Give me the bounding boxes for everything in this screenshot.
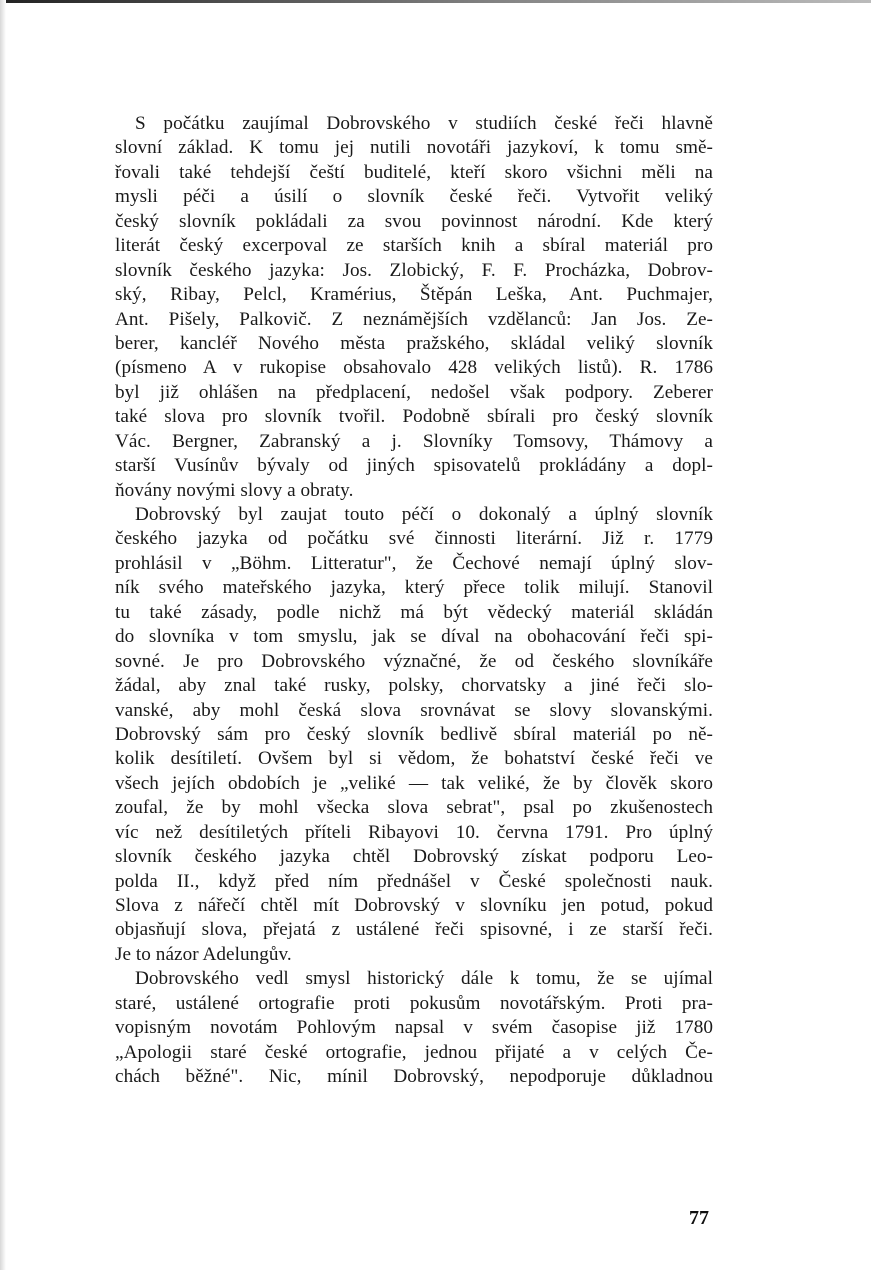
line-text: (písmeno A v rukopise obsahovalo 428 vel… bbox=[115, 357, 713, 378]
text-line: sovné. Je pro Dobrovského význačné, že o… bbox=[115, 650, 713, 674]
text-line: českého jazyka od počátku své činnosti l… bbox=[115, 527, 713, 551]
line-text: objasňují slova, přejatá z ustálené řeči… bbox=[115, 919, 713, 940]
text-line: Ant. Pišely, Palkovič. Z neznámějších vz… bbox=[115, 308, 713, 332]
paragraph-first-line: Dobrovského vedl smysl historický dále k… bbox=[115, 967, 713, 991]
line-text: prohlásil v „Böhm. Litteratur", že Čecho… bbox=[115, 553, 713, 574]
text-line: zoufal, že by mohl všecka slova sebrat",… bbox=[115, 796, 713, 820]
body-text: S počátku zaujímal Dobrovského v studiíc… bbox=[115, 112, 713, 1090]
text-line: slovník českého jazyka chtěl Dobrovský z… bbox=[115, 845, 713, 869]
line-text: Ant. Pišely, Palkovič. Z neznámějších vz… bbox=[115, 309, 713, 330]
line-text: tu také zásady, podle nichž má být vědec… bbox=[115, 602, 713, 623]
line-text: také slova pro slovník tvořil. Podobně s… bbox=[115, 406, 713, 427]
line-text: slovník českého jazyka chtěl Dobrovský z… bbox=[115, 846, 713, 867]
text-line: prohlásil v „Böhm. Litteratur", že Čecho… bbox=[115, 552, 713, 576]
text-line: staré, ustálené ortografie proti pokusům… bbox=[115, 992, 713, 1016]
text-line: do slovníka v tom smyslu, jak se díval n… bbox=[115, 625, 713, 649]
line-text: Dobrovský byl zaujat touto péčí o dokona… bbox=[135, 504, 713, 525]
text-line: byl již ohlášen na předplacení, nedošel … bbox=[115, 381, 713, 405]
text-line: řovali také tehdejší čeští buditelé, kte… bbox=[115, 161, 713, 185]
line-text: řovali také tehdejší čeští buditelé, kte… bbox=[115, 162, 713, 183]
line-text: všech jejích obdobích je „veliké — tak v… bbox=[115, 773, 713, 794]
text-line: vanské, aby mohl česká slova srovnávat s… bbox=[115, 699, 713, 723]
line-text: Je to názor Adelungův. bbox=[115, 944, 292, 965]
text-line: slovní základ. K tomu jej nutili novotář… bbox=[115, 136, 713, 160]
text-line: objasňují slova, přejatá z ustálené řeči… bbox=[115, 918, 713, 942]
line-text: českého jazyka od počátku své činnosti l… bbox=[115, 528, 713, 549]
text-line: ník svého mateřského jazyka, který přece… bbox=[115, 576, 713, 600]
line-text: ský, Ribay, Pelcl, Kramérius, Štěpán Leš… bbox=[115, 284, 713, 305]
text-line: Je to názor Adelungův. bbox=[115, 943, 713, 967]
line-text: Slova z nářečí chtěl mít Dobrovský v slo… bbox=[115, 895, 713, 916]
line-text: S počátku zaujímal Dobrovského v studiíc… bbox=[135, 113, 713, 134]
line-text: „Apologii staré české ortografie, jednou… bbox=[115, 1042, 713, 1063]
line-text: český slovník pokládali za svou povinnos… bbox=[115, 211, 713, 232]
text-line: víc než desítiletých příteli Ribayovi 10… bbox=[115, 821, 713, 845]
text-line: český slovník pokládali za svou povinnos… bbox=[115, 210, 713, 234]
text-line: mysli péči a úsilí o slovník české řeči.… bbox=[115, 185, 713, 209]
line-text: Dobrovského vedl smysl historický dále k… bbox=[135, 968, 713, 989]
text-line: kolik desítiletí. Ovšem byl si vědom, že… bbox=[115, 747, 713, 771]
line-text: berer, kancléř Nového města pražského, s… bbox=[115, 333, 713, 354]
line-text: slovník českého jazyka: Jos. Zlobický, F… bbox=[115, 260, 713, 281]
paragraph-first-line: Dobrovský byl zaujat touto péčí o dokona… bbox=[115, 503, 713, 527]
line-text: vopisným novotám Pohlovým napsal v svém … bbox=[115, 1017, 713, 1038]
line-text: ňovány novými slovy a obraty. bbox=[115, 480, 353, 501]
line-text: chách běžné". Nic, mínil Dobrovský, nepo… bbox=[115, 1066, 713, 1087]
text-line: všech jejích obdobích je „veliké — tak v… bbox=[115, 772, 713, 796]
line-text: sovné. Je pro Dobrovského význačné, že o… bbox=[115, 651, 713, 672]
text-line: (písmeno A v rukopise obsahovalo 428 vel… bbox=[115, 356, 713, 380]
text-line: Dobrovský sám pro český slovník bedlivě … bbox=[115, 723, 713, 747]
paragraph-first-line: S počátku zaujímal Dobrovského v studiíc… bbox=[115, 112, 713, 136]
text-line: starší Vusínův bývaly od jiných spisovat… bbox=[115, 454, 713, 478]
scan-edge-left bbox=[0, 0, 6, 1270]
line-text: staré, ustálené ortografie proti pokusům… bbox=[115, 993, 713, 1014]
line-text: kolik desítiletí. Ovšem byl si vědom, že… bbox=[115, 748, 713, 769]
line-text: ník svého mateřského jazyka, který přece… bbox=[115, 577, 713, 598]
scan-edge-top bbox=[0, 0, 871, 3]
text-line: také slova pro slovník tvořil. Podobně s… bbox=[115, 405, 713, 429]
line-text: vanské, aby mohl česká slova srovnávat s… bbox=[115, 700, 713, 721]
text-line: ňovány novými slovy a obraty. bbox=[115, 479, 713, 503]
line-text: starší Vusínův bývaly od jiných spisovat… bbox=[115, 455, 713, 476]
line-text: Dobrovský sám pro český slovník bedlivě … bbox=[115, 724, 713, 745]
text-line: vopisným novotám Pohlovým napsal v svém … bbox=[115, 1016, 713, 1040]
line-text: žádal, aby znal také rusky, polsky, chor… bbox=[115, 675, 713, 696]
text-line: slovník českého jazyka: Jos. Zlobický, F… bbox=[115, 259, 713, 283]
line-text: do slovníka v tom smyslu, jak se díval n… bbox=[115, 626, 713, 647]
line-text: slovní základ. K tomu jej nutili novotář… bbox=[115, 137, 713, 158]
line-text: zoufal, že by mohl všecka slova sebrat",… bbox=[115, 797, 713, 818]
text-line: ský, Ribay, Pelcl, Kramérius, Štěpán Leš… bbox=[115, 283, 713, 307]
line-text: Vác. Bergner, Zabranský a j. Slovníky To… bbox=[115, 431, 713, 452]
text-line: literát český excerpoval ze starších kni… bbox=[115, 234, 713, 258]
text-line: Slova z nářečí chtěl mít Dobrovský v slo… bbox=[115, 894, 713, 918]
text-line: Vác. Bergner, Zabranský a j. Slovníky To… bbox=[115, 430, 713, 454]
line-text: polda II., když před ním přednášel v Čes… bbox=[115, 871, 713, 892]
line-text: byl již ohlášen na předplacení, nedošel … bbox=[115, 382, 713, 403]
text-line: tu také zásady, podle nichž má být vědec… bbox=[115, 601, 713, 625]
line-text: literát český excerpoval ze starších kni… bbox=[115, 235, 713, 256]
line-text: víc než desítiletých příteli Ribayovi 10… bbox=[115, 822, 713, 843]
text-line: „Apologii staré české ortografie, jednou… bbox=[115, 1041, 713, 1065]
text-line: chách běžné". Nic, mínil Dobrovský, nepo… bbox=[115, 1065, 713, 1089]
page-number: 77 bbox=[689, 1207, 709, 1230]
line-text: mysli péči a úsilí o slovník české řeči.… bbox=[115, 186, 713, 207]
text-line: žádal, aby znal také rusky, polsky, chor… bbox=[115, 674, 713, 698]
text-line: berer, kancléř Nového města pražského, s… bbox=[115, 332, 713, 356]
text-line: polda II., když před ním přednášel v Čes… bbox=[115, 870, 713, 894]
